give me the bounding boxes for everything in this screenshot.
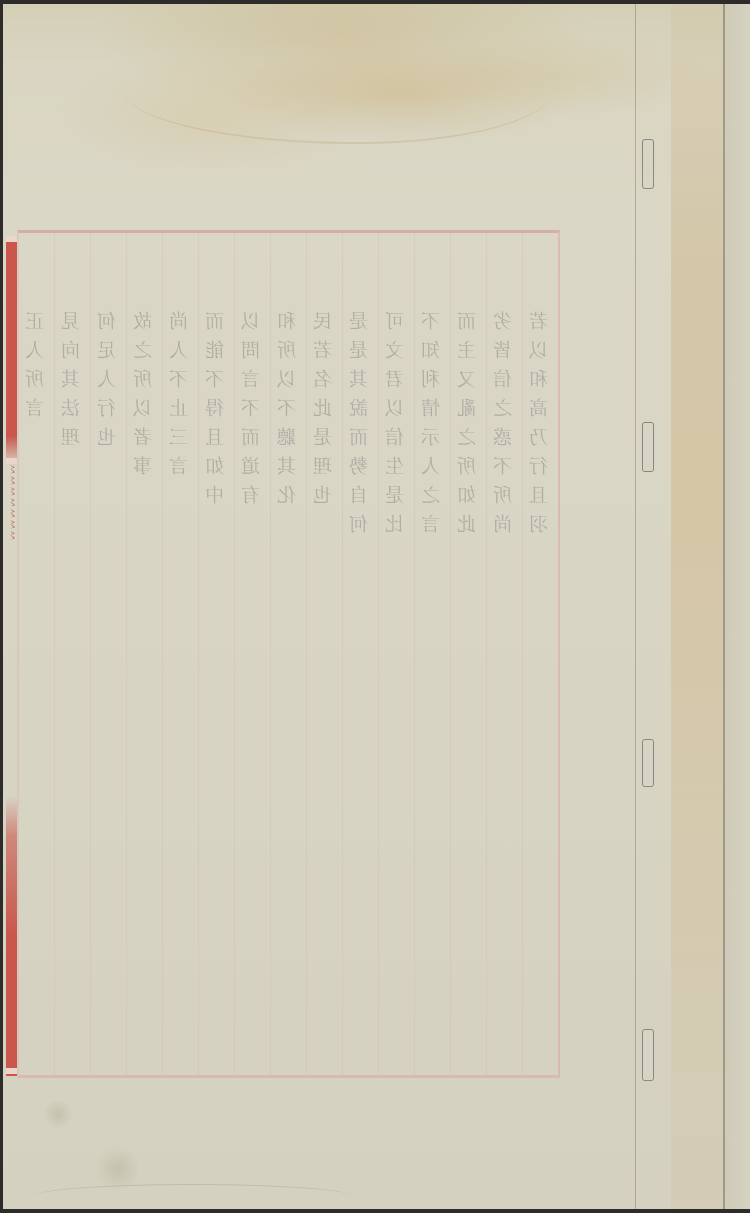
text-column: 何足人行也 <box>90 233 126 1075</box>
paper-leaf: 〻〻〻〻〻〻〻 若以和高乃行且羽 劣皆信之惑不所尚 而主又亂之所如此 不知利情示… <box>3 4 725 1209</box>
ruled-text-frame: 若以和高乃行且羽 劣皆信之惑不所尚 而主又亂之所如此 不知利情示人之言 可文君以… <box>17 230 560 1078</box>
bleed-text: 以問言不而道有 <box>243 311 262 514</box>
text-column: 故之所以者事 <box>126 233 162 1075</box>
torn-edge <box>33 1184 353 1209</box>
bleed-text: 是是其說而勢自何 <box>351 311 370 543</box>
bleed-text: 而主又亂之所如此 <box>459 311 478 543</box>
cover-edge <box>725 4 750 1209</box>
bleed-text: 故之所以者事 <box>135 311 154 485</box>
bleed-text: 不知利情示人之言 <box>423 311 442 543</box>
stitch-hole <box>642 739 654 787</box>
stitch-hole <box>642 1029 654 1081</box>
smudge <box>43 1099 73 1129</box>
water-stain-edge <box>123 84 553 144</box>
bleed-text: 正人所言 <box>27 311 46 427</box>
strip-band <box>6 236 17 242</box>
text-column: 以問言不而道有 <box>234 233 270 1075</box>
bleed-text: 民若名此是理也 <box>315 311 334 514</box>
text-column: 而主又亂之所如此 <box>450 233 486 1075</box>
text-columns: 若以和高乃行且羽 劣皆信之惑不所尚 而主又亂之所如此 不知利情示人之言 可文君以… <box>19 233 558 1075</box>
binding-fold-line <box>635 4 636 1209</box>
text-column: 和所以不聽其化 <box>270 233 306 1075</box>
bleed-text: 而能不得且如中 <box>207 311 226 514</box>
text-column: 不知利情示人之言 <box>414 233 450 1075</box>
stitch-hole <box>642 139 654 189</box>
text-column: 可文君以信生是比 <box>378 233 414 1075</box>
bleed-text: 見向其法理 <box>63 311 82 456</box>
text-column: 尚人不止三言 <box>162 233 198 1075</box>
text-column: 見向其法理 <box>54 233 90 1075</box>
bleed-text: 可文君以信生是比 <box>387 311 406 543</box>
bleed-text: 劣皆信之惑不所尚 <box>495 311 514 543</box>
text-column: 是是其說而勢自何 <box>342 233 378 1075</box>
text-column: 正人所言 <box>19 233 54 1075</box>
bleed-text: 何足人行也 <box>99 311 118 456</box>
text-column: 而能不得且如中 <box>198 233 234 1075</box>
binding-stain-band <box>671 4 723 1209</box>
bleed-text: 和所以不聽其化 <box>279 311 298 514</box>
text-column: 劣皆信之惑不所尚 <box>486 233 522 1075</box>
bleed-text: 若以和高乃行且羽 <box>531 311 550 543</box>
text-column: 民若名此是理也 <box>306 233 342 1075</box>
bleed-text: 尚人不止三言 <box>171 311 190 485</box>
scanned-page: 〻〻〻〻〻〻〻 若以和高乃行且羽 劣皆信之惑不所尚 而主又亂之所如此 不知利情示… <box>3 4 750 1209</box>
stitch-hole <box>642 422 654 472</box>
text-column: 若以和高乃行且羽 <box>522 233 558 1075</box>
strip-band <box>6 1068 17 1074</box>
